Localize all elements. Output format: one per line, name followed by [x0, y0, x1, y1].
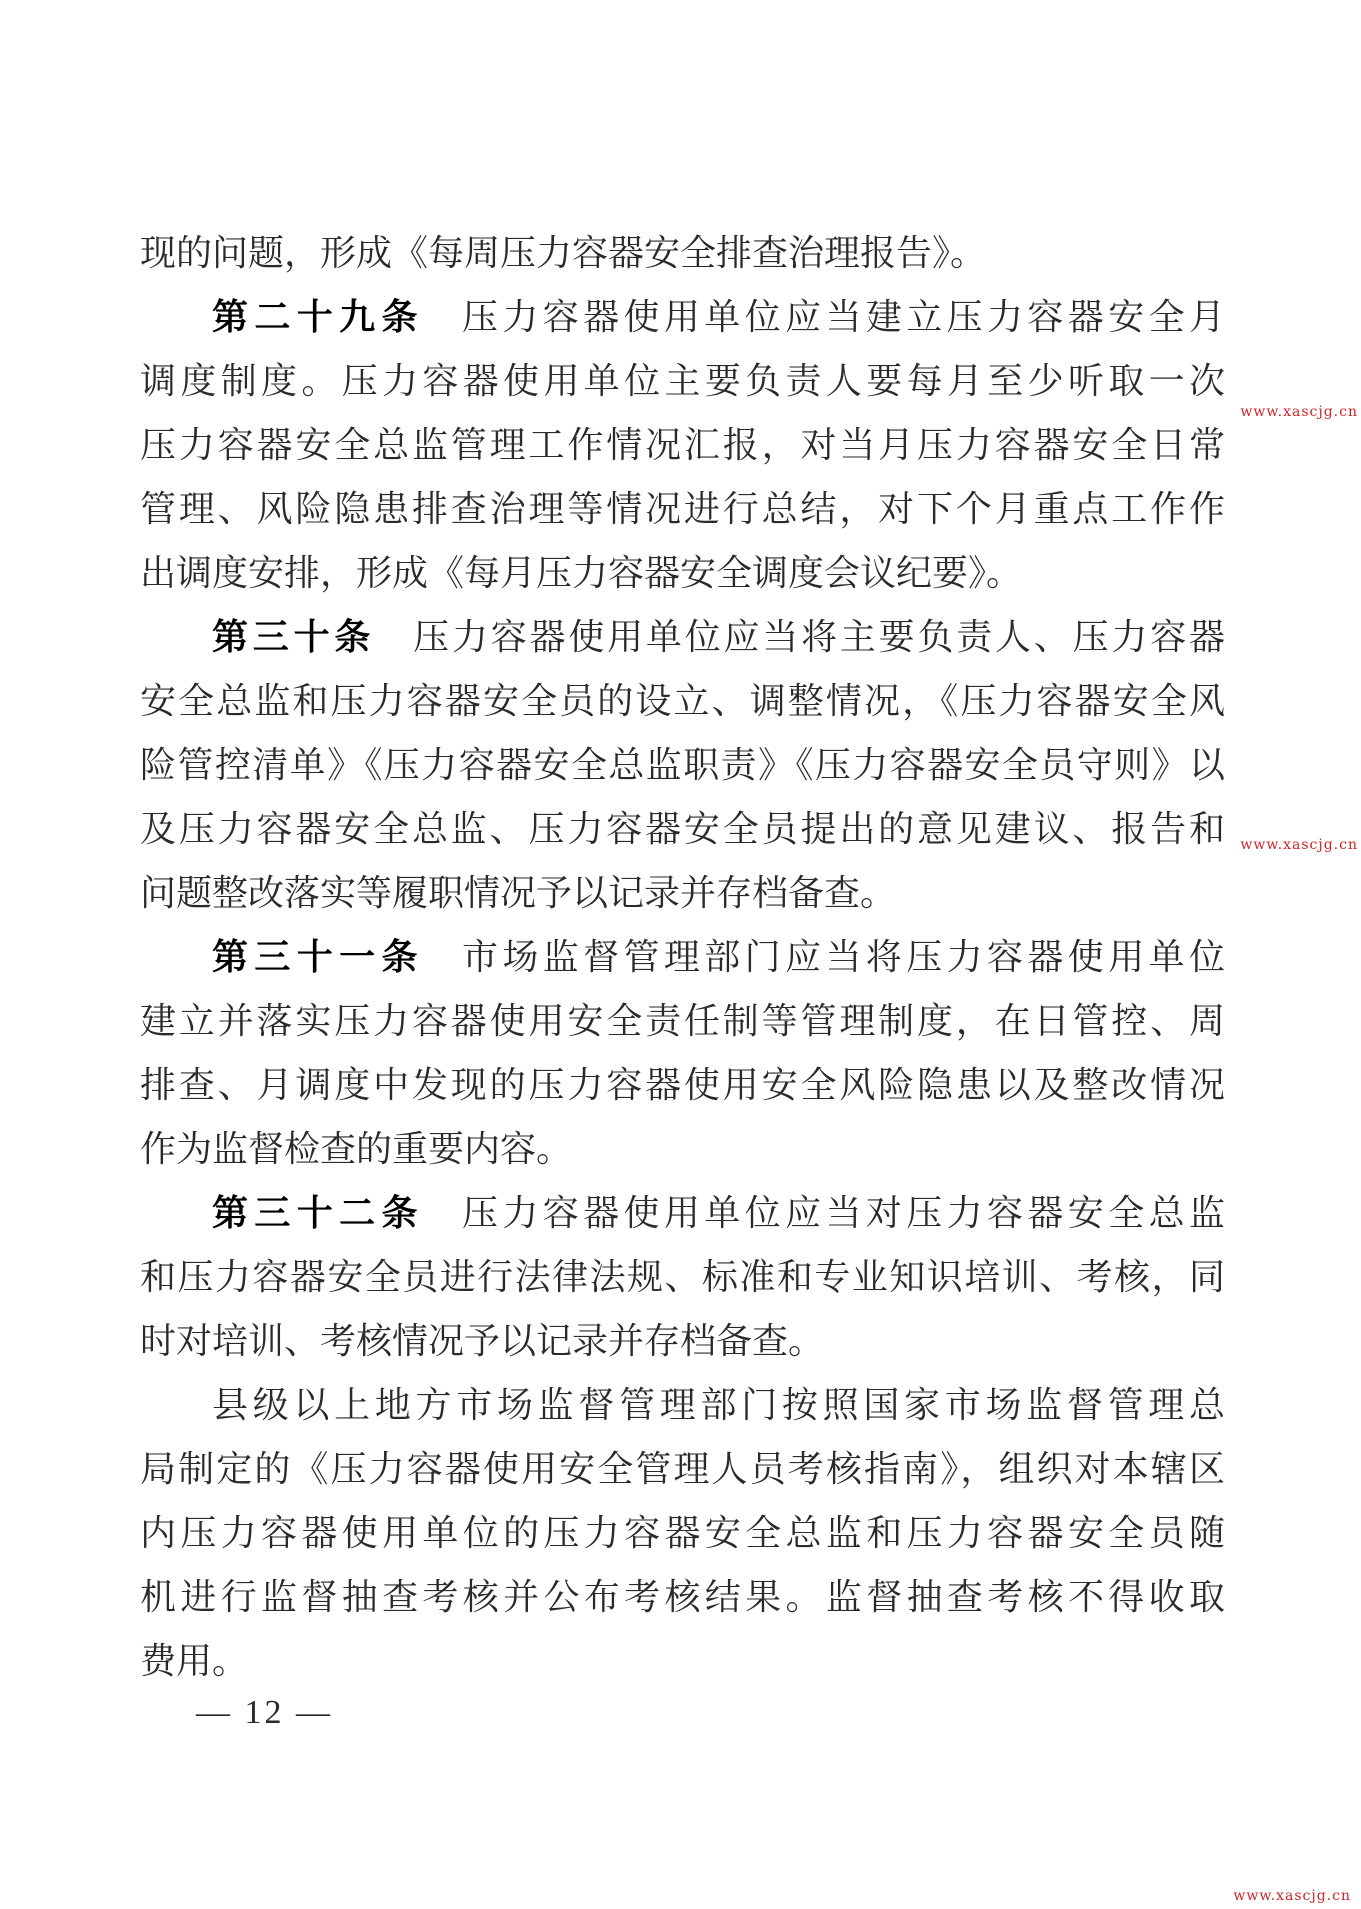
text-line: 第二十九条压力容器使用单位应当建立压力容器安全月 — [140, 285, 1225, 349]
text-line: 排查、月调度中发现的压力容器使用安全风险隐患以及整改情况 — [140, 1053, 1225, 1117]
text-line: 险管控清单》《压力容器安全总监职责》《压力容器安全员守则》以 — [140, 733, 1225, 797]
text-block: 现的问题，形成《每周压力容器安全排查治理报告》。第二十九条压力容器使用单位应当建… — [140, 221, 1225, 1693]
text-line: 机进行监督抽查考核并公布考核结果。监督抽查考核不得收取 — [140, 1565, 1225, 1629]
article-number: 第二十九条 — [212, 296, 424, 337]
text-line: 时对培训、考核情况予以记录并存档备查。 — [140, 1309, 1225, 1373]
article-number: 第三十一条 — [212, 936, 424, 977]
text-line: 建立并落实压力容器使用安全责任制等管理制度，在日管控、周 — [140, 989, 1225, 1053]
text-line: 及压力容器安全总监、压力容器安全员提出的意见建议、报告和 — [140, 797, 1225, 861]
text-line: 县级以上地方市场监督管理部门按照国家市场监督管理总 — [140, 1373, 1225, 1437]
text-line: 第三十一条市场监督管理部门应当将压力容器使用单位 — [140, 925, 1225, 989]
text-line: 问题整改落实等履职情况予以记录并存档备查。 — [140, 861, 1225, 925]
text-line: 第三十二条压力容器使用单位应当对压力容器安全总监 — [140, 1181, 1225, 1245]
text-line: 内压力容器使用单位的压力容器安全总监和压力容器安全员随 — [140, 1501, 1225, 1565]
text-line: 管理、风险隐患排查治理等情况进行总结，对下个月重点工作作 — [140, 477, 1225, 541]
text-line: 第三十条压力容器使用单位应当将主要负责人、压力容器 — [140, 605, 1225, 669]
document-page: 现的问题，形成《每周压力容器安全排查治理报告》。第二十九条压力容器使用单位应当建… — [0, 0, 1361, 1909]
watermark-url-bottom: www.xascjg.cn — [1233, 1888, 1351, 1904]
text-line: 调度制度。压力容器使用单位主要负责人要每月至少听取一次 — [140, 349, 1225, 413]
text-line: 现的问题，形成《每周压力容器安全排查治理报告》。 — [140, 221, 1225, 285]
text-line: 出调度安排，形成《每月压力容器安全调度会议纪要》。 — [140, 541, 1225, 605]
article-number: 第三十条 — [212, 616, 375, 657]
text-line: 作为监督检查的重要内容。 — [140, 1117, 1225, 1181]
article-number: 第三十二条 — [212, 1192, 424, 1233]
text-line: 安全总监和压力容器安全员的设立、调整情况，《压力容器安全风 — [140, 669, 1225, 733]
watermark-url-right-middle: www.xascjg.cn — [1240, 837, 1358, 853]
text-line: 费用。 — [140, 1629, 1225, 1693]
text-line: 压力容器安全总监管理工作情况汇报，对当月压力容器安全日常 — [140, 413, 1225, 477]
page-number: — 12 — — [196, 1692, 333, 1734]
text-line: 局制定的《压力容器使用安全管理人员考核指南》，组织对本辖区 — [140, 1437, 1225, 1501]
watermark-url-right-upper: www.xascjg.cn — [1240, 404, 1358, 420]
text-line: 和压力容器安全员进行法律法规、标准和专业知识培训、考核，同 — [140, 1245, 1225, 1309]
